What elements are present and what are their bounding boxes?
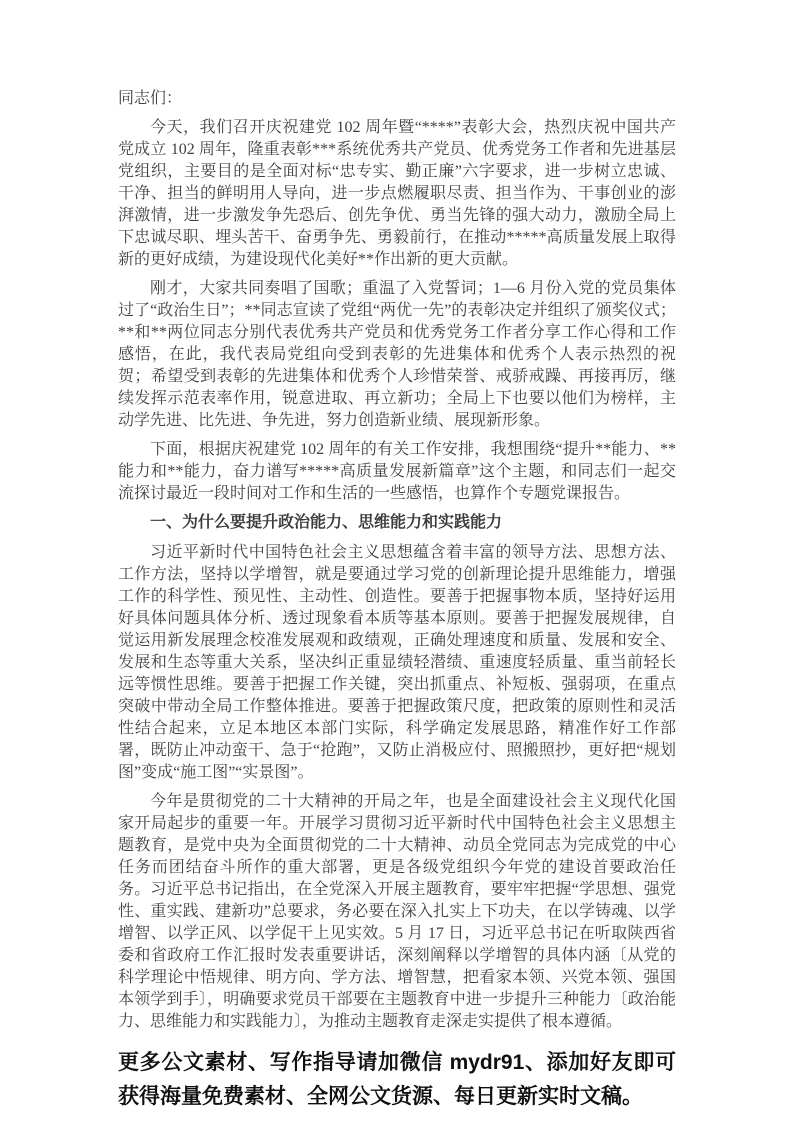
salutation-line: 同志们： <box>118 88 676 110</box>
document-page: 同志们： 今天，我们召开庆祝建党 102 周年暨“****”表彰大会，热烈庆祝中… <box>0 0 793 1122</box>
paragraph-thought-methods: 习近平新时代中国特色社会主义思想蕴含着丰富的领导方法、思想方法、工作方法，坚持以… <box>118 542 676 784</box>
document-body: 同志们： 今天，我们召开庆祝建党 102 周年暨“****”表彰大会，热烈庆祝中… <box>118 88 676 1114</box>
paragraph-opening: 今天，我们召开庆祝建党 102 周年暨“****”表彰大会，热烈庆祝中国共产党成… <box>118 117 676 271</box>
paragraph-ceremony-recap: 刚才，大家共同奏唱了国歌；重温了入党誓词；1—6 月份入党的党员集体过了“政治生… <box>118 278 676 432</box>
paragraph-topic-intro: 下面，根据庆祝建党 102 周年的有关工作安排，我想围绕“提升**能力、**能力… <box>118 439 676 505</box>
paragraph-theme-education: 今年是贯彻党的二十大精神的开局之年，也是全面建设社会主义现代化国家开局起步的重要… <box>118 791 676 1033</box>
promo-note: 更多公文素材、写作指导请加微信 mydr91、添加好友即可获得海量免费素材、全网… <box>118 1046 676 1114</box>
section-heading: 一、为什么要提升政治能力、思维能力和实践能力 <box>118 512 676 534</box>
